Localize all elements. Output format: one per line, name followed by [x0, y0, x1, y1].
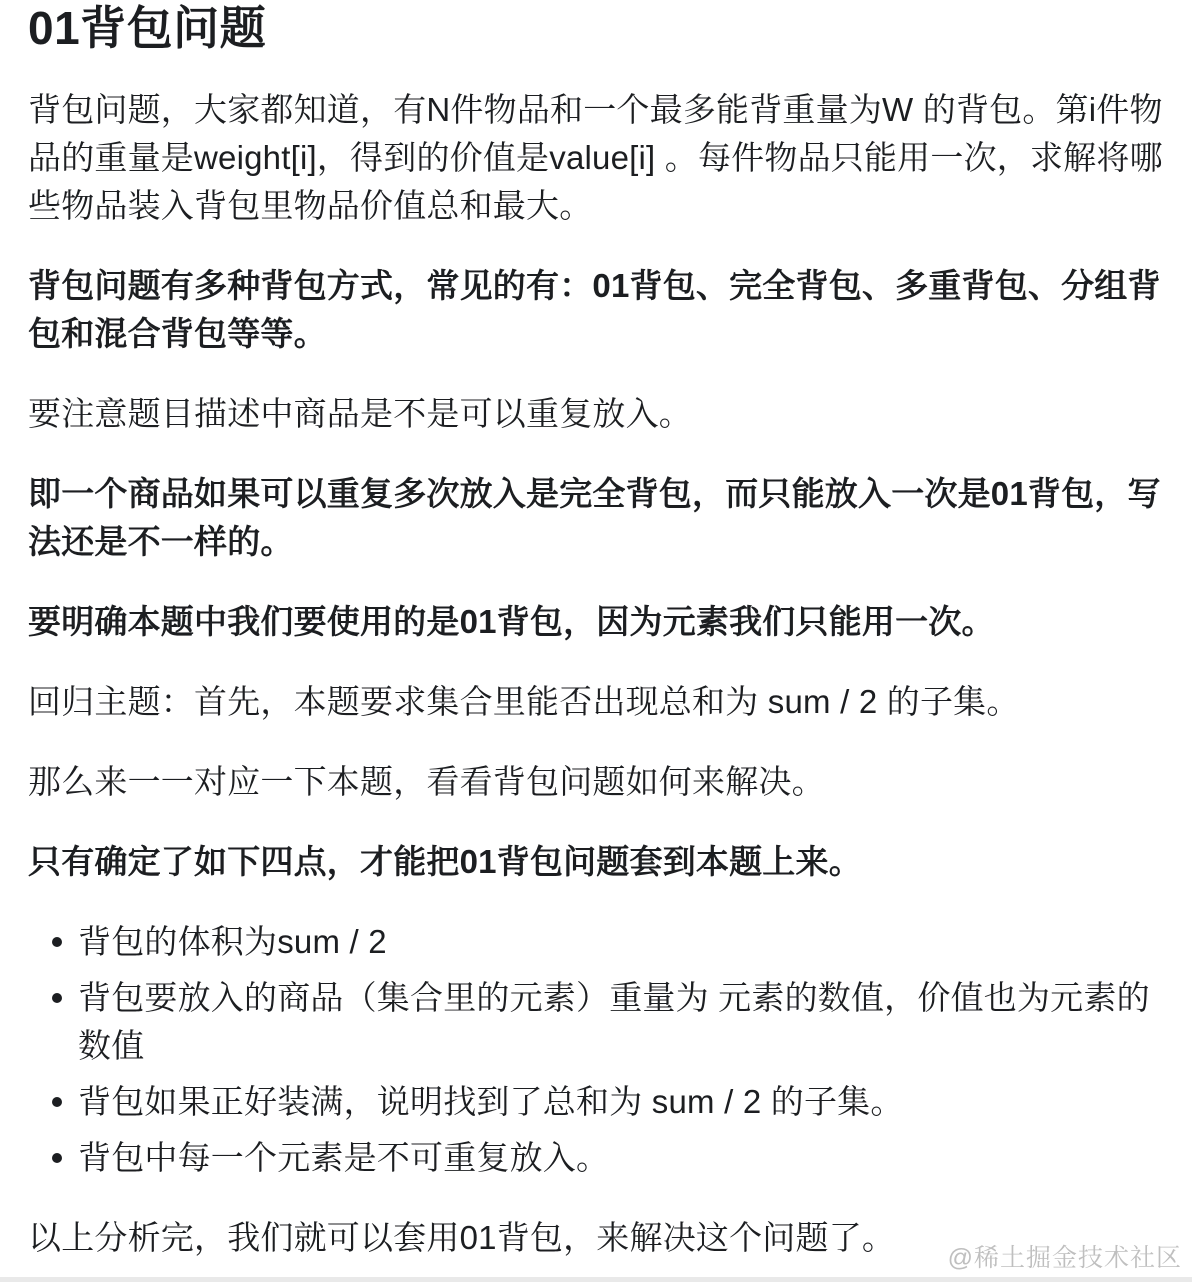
next-section-edge: [0, 1277, 1192, 1282]
bullet-dot-icon: [52, 937, 62, 947]
paragraph-note-repeat: 要注意题目描述中商品是不是可以重复放入。: [28, 390, 1164, 438]
list-item-text: 背包如果正好装满，说明找到了总和为 sum / 2 的子集。: [78, 1083, 904, 1120]
bullet-list: 背包的体积为sum / 2 背包要放入的商品（集合里的元素）重量为 元素的数值，…: [28, 918, 1164, 1182]
bullet-dot-icon: [52, 1097, 62, 1107]
list-item: 背包的体积为sum / 2: [78, 918, 1164, 966]
paragraph-knapsack-types: 背包问题有多种背包方式，常见的有：01背包、完全背包、多重背包、分组背包和混合背…: [28, 262, 1164, 358]
article: 01背包问题 背包问题，大家都知道，有N件物品和一个最多能背重量为W 的背包。第…: [0, 0, 1192, 1262]
page-title: 01背包问题: [28, 2, 1164, 54]
paragraph-use-01: 要明确本题中我们要使用的是01背包，因为元素我们只能用一次。: [28, 598, 1164, 646]
list-item-text: 背包中每一个元素是不可重复放入。: [78, 1139, 609, 1176]
paragraph-back-to-topic: 回归主题：首先，本题要求集合里能否出现总和为 sum / 2 的子集。: [28, 678, 1164, 726]
bullet-dot-icon: [52, 993, 62, 1003]
list-item: 背包中每一个元素是不可重复放入。: [78, 1134, 1164, 1182]
paragraph-map-to-problem: 那么来一一对应一下本题，看看背包问题如何来解决。: [28, 758, 1164, 806]
list-item: 背包如果正好装满，说明找到了总和为 sum / 2 的子集。: [78, 1078, 1164, 1126]
list-item: 背包要放入的商品（集合里的元素）重量为 元素的数值，价值也为元素的数值: [78, 974, 1164, 1070]
bullet-dot-icon: [52, 1153, 62, 1163]
paragraph-intro: 背包问题，大家都知道，有N件物品和一个最多能背重量为W 的背包。第i件物品的重量…: [28, 86, 1164, 230]
list-item-text: 背包的体积为sum / 2: [78, 923, 387, 960]
paragraph-four-points: 只有确定了如下四点，才能把01背包问题套到本题上来。: [28, 838, 1164, 886]
paragraph-complete-vs-01: 即一个商品如果可以重复多次放入是完全背包，而只能放入一次是01背包，写法还是不一…: [28, 470, 1164, 566]
list-item-text: 背包要放入的商品（集合里的元素）重量为 元素的数值，价值也为元素的数值: [78, 979, 1150, 1064]
watermark: @稀土掘金技术社区: [948, 1238, 1182, 1274]
